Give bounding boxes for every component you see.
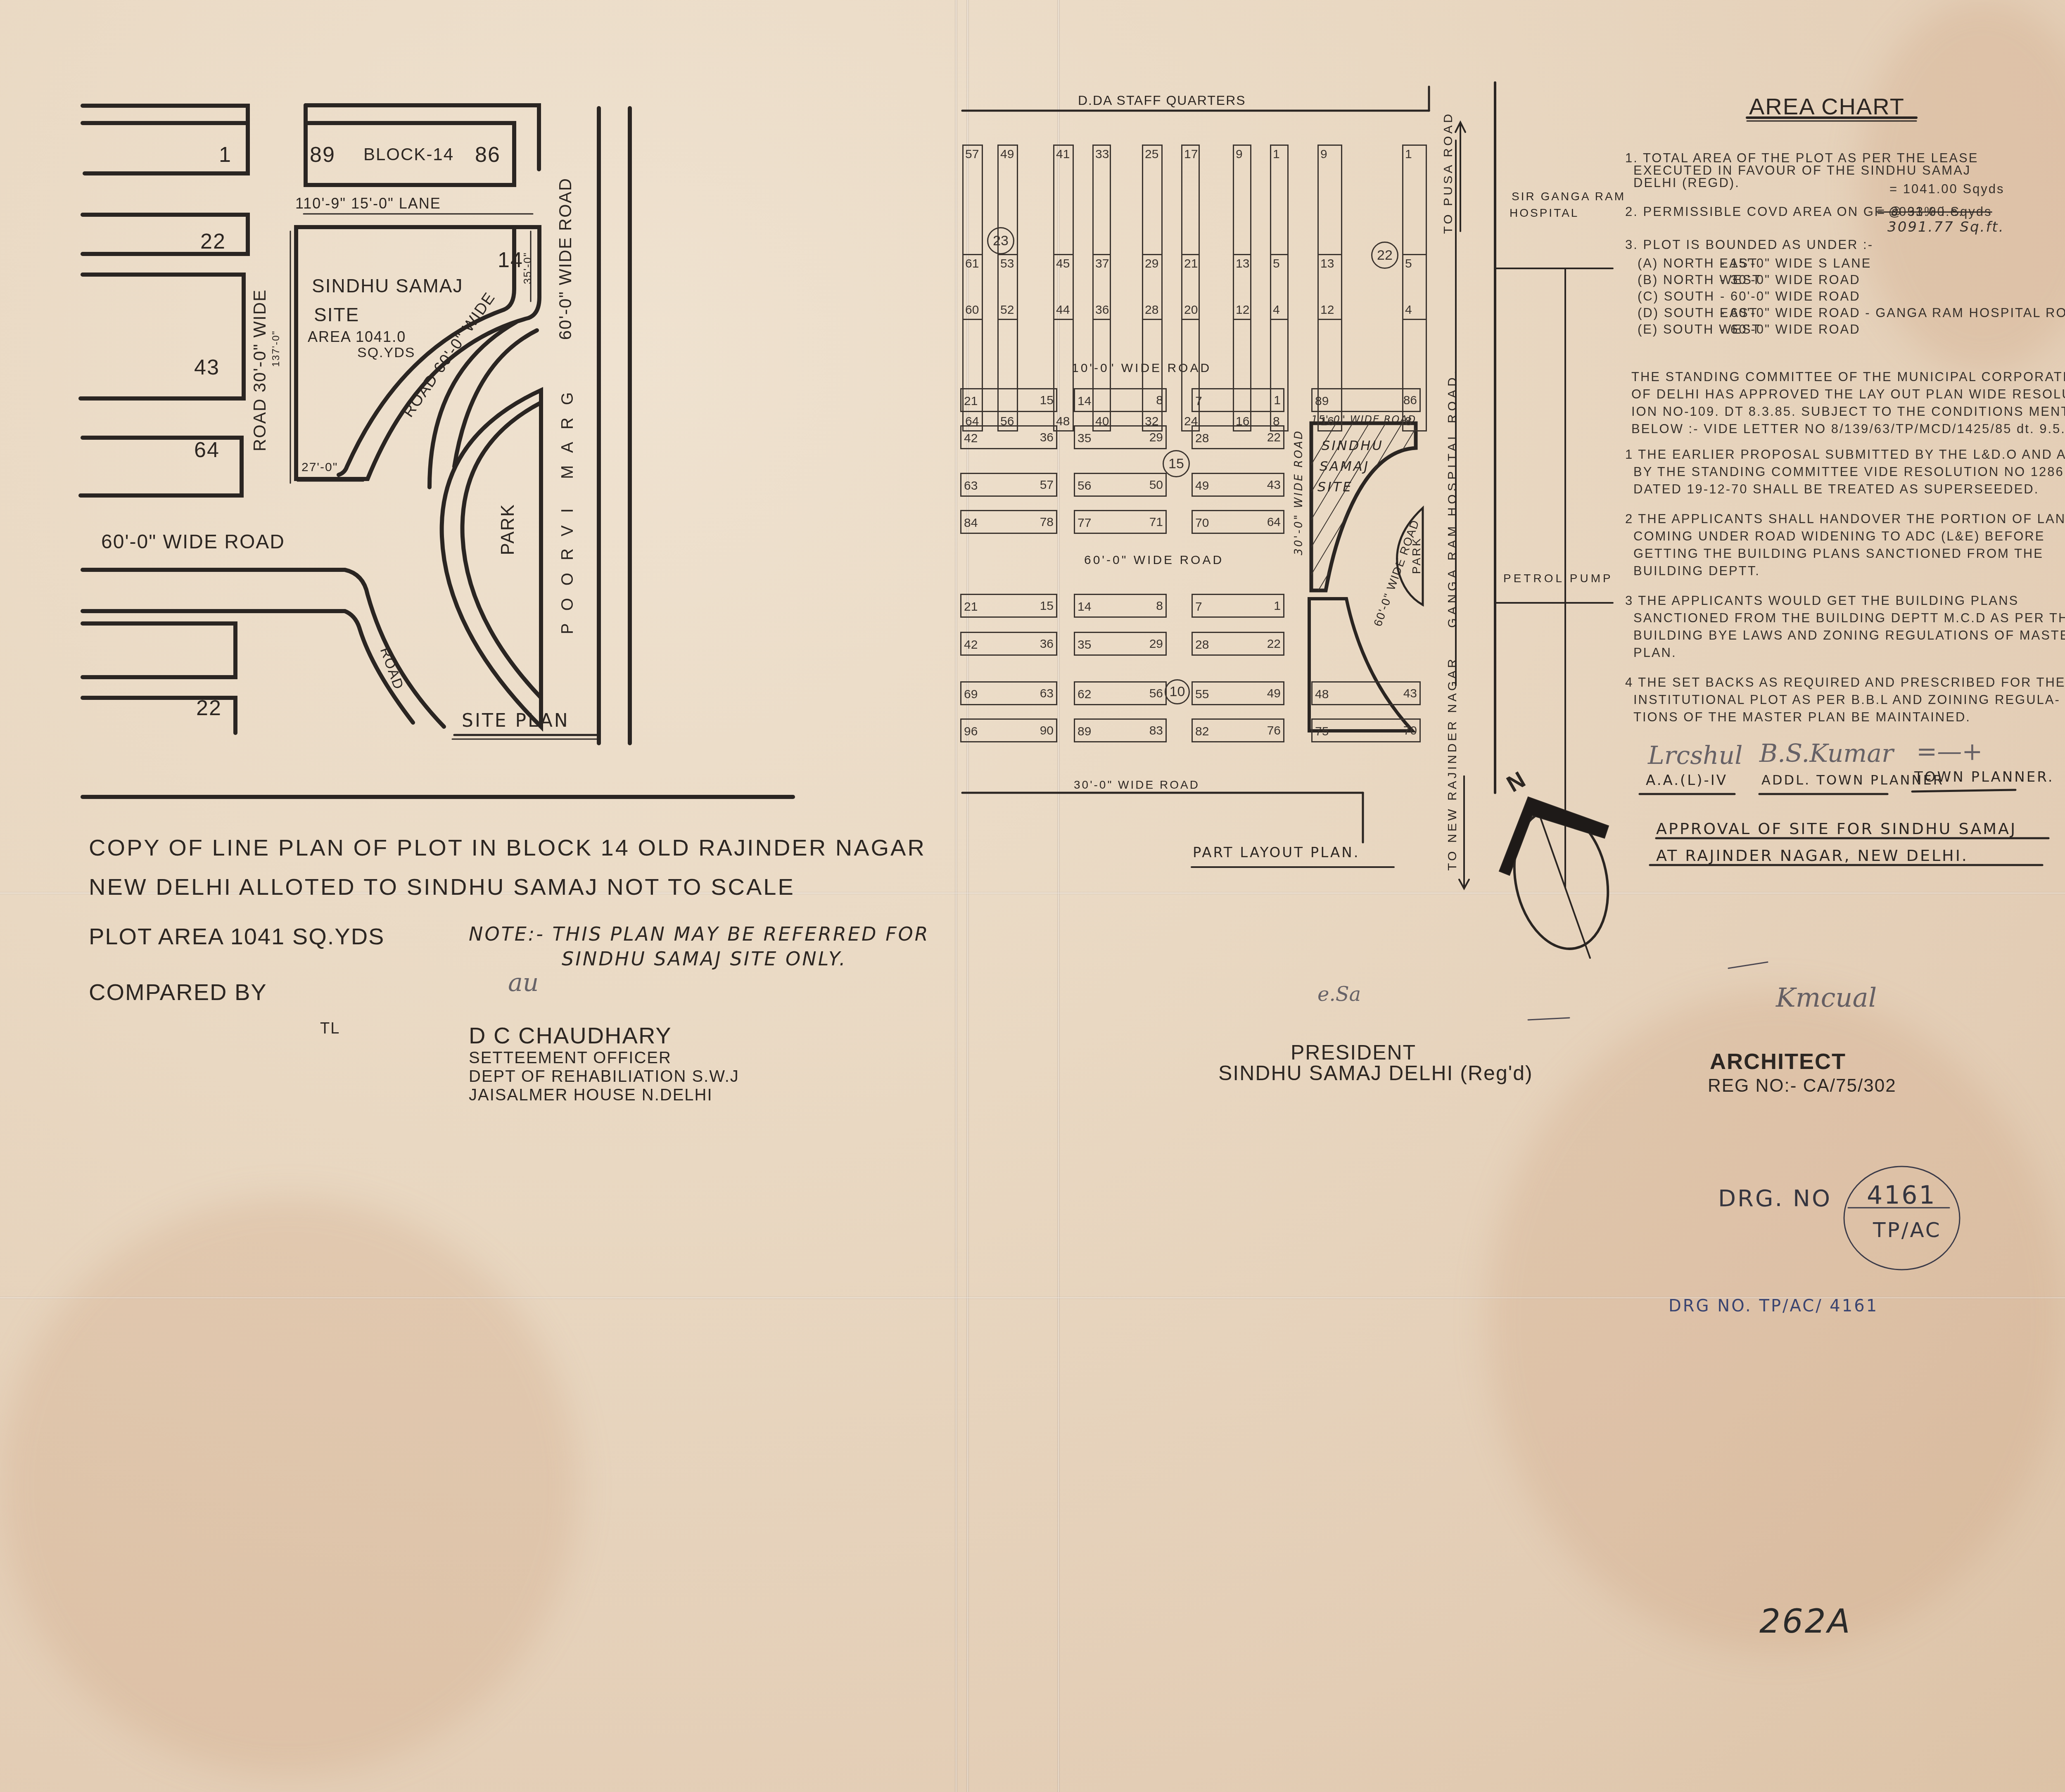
signatory-title: TOWN PLANNER.: [1914, 769, 2054, 785]
hospital-label: HOSPITAL: [1510, 206, 1579, 220]
plot: 5650: [1074, 473, 1167, 497]
plot-number: 75: [1315, 725, 1329, 739]
dim-bottom: 27'-0": [301, 460, 338, 474]
plot-number: 43: [1403, 687, 1417, 701]
signature-addl-town-planner: B.S.Kumar: [1759, 739, 1894, 768]
petrol-pump-label: PETROL PUMP: [1503, 572, 1613, 585]
plot: 8983: [1074, 718, 1167, 742]
plot: 148: [1074, 594, 1167, 618]
area-item1-value: = 1041.00 Sqyds: [1889, 182, 2005, 197]
plot-number: 77: [1078, 516, 1091, 530]
plot: 4236: [960, 425, 1057, 449]
plot-number: 33: [1095, 147, 1109, 161]
president-signature: e.Sa: [1317, 983, 1361, 1006]
boundary-side: (C) SOUTH: [1638, 289, 1715, 304]
area-chart-title: AREA CHART: [1749, 93, 1905, 120]
initials: TL: [320, 1020, 340, 1038]
site-number: 14: [498, 248, 523, 273]
plot-number: 45: [1056, 257, 1070, 271]
plot-number: 64: [194, 438, 220, 462]
plot-number: 22: [196, 696, 222, 721]
plot-number: 21: [1184, 257, 1198, 271]
plot-number: 49: [1195, 479, 1209, 493]
plot: 2822: [1192, 425, 1284, 449]
plot-number: 16: [1320, 415, 1334, 429]
plot-number: 21: [964, 600, 978, 614]
plot-number: 49: [1000, 147, 1014, 161]
plot-number: 15: [1040, 599, 1054, 613]
architect-signature: Kmcual: [1776, 983, 1877, 1013]
plot: 6357: [960, 473, 1057, 497]
signatory-title: A.A.(L)-IV: [1646, 772, 1728, 789]
plot-number: 43: [194, 355, 220, 380]
plot: 71: [1192, 388, 1284, 412]
block-plot-right: 86: [475, 142, 501, 167]
plot-number: 56: [1149, 687, 1163, 701]
boundary-desc: - 60'-0" WIDE ROAD - GANGA RAM HOSPITAL …: [1720, 306, 2065, 320]
to-new-rajinder: TO NEW RAJINDER NAGAR: [1445, 657, 1460, 871]
block-plot-left: 89: [310, 142, 335, 167]
sheet-id: 262A: [1759, 1602, 1851, 1640]
approval-title: AT RAJINDER NAGAR, NEW DELHI.: [1656, 846, 1968, 865]
plot-number: 9: [1236, 147, 1243, 161]
plot-number: 13: [1236, 257, 1249, 271]
condition-line: BUILDING BYE LAWS AND ZONING REGULATIONS…: [1633, 628, 2065, 643]
condition-line: INSTITUTIONAL PLOT AS PER B.B.L AND ZOIN…: [1633, 692, 2060, 707]
boundary-desc: - 30'-0" WIDE ROAD: [1720, 273, 1861, 287]
plot-number: 61: [965, 257, 979, 271]
road-right-label: 60'-0" WIDE ROAD: [555, 178, 575, 340]
dim-left: 137'-0": [271, 330, 282, 367]
officer-address: JAISALMER HOUSE N.DELHI: [469, 1086, 713, 1105]
plot-number: 36: [1040, 431, 1054, 445]
plot: 7570: [1311, 718, 1421, 742]
area-item2-value-corrected: 3091.77 Sq.ft.: [1887, 219, 2005, 235]
plot-number: 56: [1078, 479, 1091, 493]
condition-line: TIONS OF THE MASTER PLAN BE MAINTAINED.: [1633, 710, 1971, 725]
plot-number: 5: [1273, 257, 1280, 271]
condition-line: 2 THE APPLICANTS SHALL HANDOVER THE PORT…: [1625, 512, 2065, 526]
signature-aa: Lrcshul: [1648, 741, 1742, 770]
road-30-label: 30'-0" WIDE ROAD: [1074, 778, 1200, 792]
plot-number: 22: [1267, 431, 1281, 445]
plot-number: 29: [1145, 257, 1158, 271]
plot-number: 28: [1195, 638, 1209, 652]
marg-label: POORVI MARG: [558, 380, 577, 634]
site-label: SINDHU: [1322, 438, 1384, 453]
condition-line: COMING UNDER ROAD WIDENING TO ADC (L&E) …: [1633, 529, 2045, 544]
plot-number: 64: [1267, 515, 1281, 529]
plot-number: 96: [964, 725, 978, 739]
plot-number: 7: [1195, 394, 1202, 408]
boundary-desc: - 60'-0" WIDE ROAD: [1720, 289, 1861, 304]
plot-number: 9: [1320, 147, 1327, 161]
condition-line: PLAN.: [1633, 645, 1677, 660]
plot: 2822: [1192, 632, 1284, 656]
plot: 7771: [1074, 510, 1167, 534]
site-name: SINDHU SAMAJ: [312, 275, 463, 297]
road-60-label: 60'-0" WIDE ROAD: [1084, 553, 1224, 567]
plot: 3529: [1074, 632, 1167, 656]
dim-side: 35'-0": [521, 252, 534, 284]
boundary-desc: - 15'-0" WIDE S LANE: [1720, 256, 1871, 271]
plot-number: 22: [200, 229, 226, 254]
plot-number: 1: [1273, 147, 1280, 161]
plot: 8478: [960, 510, 1057, 534]
condition-line: SANCTIONED FROM THE BUILDING DEPTT M.C.D…: [1633, 611, 2065, 626]
signature-town-planner: =—+: [1916, 737, 1983, 766]
caption-line2: NEW DELHI ALLOTED TO SINDHU SAMAJ NOT TO…: [89, 873, 795, 900]
plot-number: 63: [1040, 687, 1054, 701]
plot-number: 13: [1320, 257, 1334, 271]
approval-paragraph-line: OF DELHI HAS APPROVED THE LAY OUT PLAN W…: [1631, 387, 2065, 402]
hospital-label: SIR GANGA RAM: [1512, 190, 1626, 203]
plot-number: 7: [1195, 600, 1202, 614]
plot-number: 49: [1267, 687, 1281, 701]
block-number-circle: 10: [1165, 679, 1190, 704]
plot: 71: [1192, 594, 1284, 618]
plot-number: 22: [1267, 637, 1281, 651]
block-number-circle: 23: [987, 227, 1014, 254]
plot-number: 62: [1078, 687, 1091, 702]
compared-by: COMPARED BY: [89, 979, 267, 1005]
approval-title: APPROVAL OF SITE FOR SINDHU SAMAJ: [1656, 820, 2017, 838]
plot-number: 70: [1403, 724, 1417, 738]
plot: 8986: [1311, 388, 1421, 412]
road-left-label: ROAD 30'-0" WIDE: [250, 289, 270, 451]
plot-number: 50: [1149, 478, 1163, 492]
plot-number: 42: [964, 431, 978, 446]
drg-sub: TP/AC: [1873, 1218, 1942, 1242]
condition-line: GETTING THE BUILDING PLANS SANCTIONED FR…: [1633, 546, 2044, 561]
plot-number: 1: [1274, 393, 1281, 408]
road-30-vertical: 30'-0" WIDE ROAD: [1293, 429, 1305, 555]
plot-number: 25: [1145, 147, 1158, 161]
drg-number: 4161: [1867, 1181, 1937, 1210]
plot-number: 29: [1149, 431, 1163, 445]
plot-number: 89: [1078, 725, 1091, 739]
site-label: SAMAJ: [1320, 458, 1370, 474]
officer-name: D C CHAUDHARY: [469, 1022, 672, 1049]
officer-dept: DEPT OF REHABILIATION S.W.J: [469, 1067, 739, 1086]
officer-title: SETTEEMENT OFFICER: [469, 1049, 672, 1067]
plot: 2115: [960, 388, 1057, 412]
plot-number: 90: [1040, 724, 1054, 738]
note-line1: NOTE:- THIS PLAN MAY BE REFERRED FOR: [469, 923, 930, 945]
plot-number: 17: [1184, 147, 1198, 161]
block-number-circle: 22: [1371, 242, 1398, 269]
plot: 4843: [1311, 681, 1421, 705]
note-line2: SINDHU SAMAJ SITE ONLY.: [562, 948, 847, 970]
condition-line: 4 THE SET BACKS AS REQUIRED AND PRESCRIB…: [1625, 675, 2065, 690]
park-label: PARK: [498, 504, 518, 555]
plot-number: 36: [1040, 637, 1054, 651]
condition-line: BUILDING DEPTT.: [1633, 564, 1760, 578]
plot-number: 1: [1274, 599, 1281, 613]
plot: 6963: [960, 681, 1057, 705]
plot: 3529: [1074, 425, 1167, 449]
plot-number: 70: [1195, 516, 1209, 530]
lane-label: 110'-9" 15'-0" LANE: [295, 195, 441, 212]
site-label: SITE: [1317, 479, 1353, 495]
hospital-road-label: GANGA RAM HOSPITAL ROAD.: [1445, 367, 1460, 628]
plot-number: 14: [1078, 394, 1091, 408]
plot-number: 43: [1267, 478, 1281, 492]
area-item1: DELHI (REGD).: [1633, 175, 1740, 190]
site-area: AREA 1041.0: [308, 328, 406, 346]
plot-area: PLOT AREA 1041 SQ.YDS: [89, 923, 385, 950]
plot-number: 53: [1000, 257, 1014, 271]
approval-paragraph-line: THE STANDING COMMITTEE OF THE MUNICIPAL …: [1631, 370, 2065, 384]
condition-line: 1 THE EARLIER PROPOSAL SUBMITTED BY THE …: [1625, 447, 2065, 462]
plot-number: 71: [1149, 515, 1163, 529]
block-number-circle: 15: [1163, 450, 1190, 477]
plot-number: 57: [1040, 478, 1054, 492]
plot-number: 63: [964, 479, 978, 493]
president-org: SINDHU SAMAJ DELHI (Reg'd): [1218, 1061, 1533, 1085]
plot: 5549: [1192, 681, 1284, 705]
plot-number: 37: [1095, 257, 1109, 271]
plot-number: 35: [1078, 431, 1091, 446]
plot-number: 35: [1078, 638, 1091, 652]
condition-line: 3 THE APPLICANTS WOULD GET THE BUILDING …: [1625, 593, 2019, 608]
plot-number: 82: [1195, 725, 1209, 739]
plot-number: 41: [1056, 147, 1070, 161]
plot: 7064: [1192, 510, 1284, 534]
plot-number: 8: [1156, 599, 1163, 613]
plot-number: 83: [1149, 724, 1163, 738]
plot-number: 5: [1405, 257, 1412, 271]
plot-number: 1: [219, 142, 232, 167]
caption-line1: COPY OF LINE PLAN OF PLOT IN BLOCK 14 OL…: [89, 834, 926, 861]
plot: 8276: [1192, 718, 1284, 742]
park-label: PARK: [1410, 537, 1423, 574]
plot-number: 86: [1403, 393, 1417, 408]
plot-number: 8: [1405, 415, 1412, 429]
road-bottom-label: 60'-0" WIDE ROAD: [101, 531, 285, 553]
plot-number: 57: [965, 147, 979, 161]
drg-line2: DRG NO. TP/AC/ 4161: [1669, 1297, 1878, 1316]
plot-number: 21: [964, 394, 978, 408]
plot: 6256: [1074, 681, 1167, 705]
plot-number: 1: [1405, 147, 1412, 161]
condition-line: DATED 19-12-70 SHALL BE TREATED AS SUPER…: [1633, 482, 2039, 497]
to-pusa-road: TO PUSA ROAD: [1441, 111, 1455, 234]
site-area: SQ.YDS: [357, 345, 415, 361]
plot: 2115: [960, 594, 1057, 618]
plot-number: 48: [1056, 415, 1070, 429]
plot-number: 14: [1078, 600, 1091, 614]
area-item2-value-struck: = 3091.00 Sqyds: [1877, 204, 1992, 219]
site-name: SITE: [314, 303, 359, 326]
plot-number: 76: [1267, 724, 1281, 738]
architect-reg: REG NO:- CA/75/302: [1708, 1076, 1896, 1096]
plot: 4943: [1192, 473, 1284, 497]
plot: 148: [1074, 388, 1167, 412]
condition-line: BY THE STANDING COMMITTEE VIDE RESOLUTIO…: [1633, 465, 2064, 479]
area-item3: 3. PLOT IS BOUNDED AS UNDER :-: [1625, 237, 1873, 252]
plot-number: 48: [1315, 687, 1329, 702]
approval-paragraph-line: ION NO-109. DT 8.3.85. SUBJECT TO THE CO…: [1631, 404, 2065, 419]
compared-by-signature: au: [508, 968, 539, 997]
plot-number: 29: [1149, 637, 1163, 651]
plot-number: 69: [964, 687, 978, 702]
plot-number: 84: [964, 516, 978, 530]
plot-number: 28: [1195, 431, 1209, 446]
drg-label: DRG. NO: [1718, 1185, 1832, 1212]
layout-plan-title: PART LAYOUT PLAN.: [1193, 844, 1360, 861]
architect-title: ARCHITECT: [1710, 1049, 1846, 1074]
block-label: BLOCK-14: [363, 145, 454, 164]
plot-number: 42: [964, 638, 978, 652]
boundary-desc: - 60'-0" WIDE ROAD: [1720, 322, 1861, 337]
plot-number: 15: [1040, 393, 1054, 408]
plot: 9690: [960, 718, 1057, 742]
dda-label: D.DA STAFF QUARTERS: [1078, 93, 1246, 108]
approval-paragraph-line: BELOW :- VIDE LETTER NO 8/139/63/TP/MCD/…: [1631, 422, 2065, 436]
plot-number: 55: [1195, 687, 1209, 702]
plot-number: 78: [1040, 515, 1054, 529]
plot-number: 89: [1315, 394, 1329, 408]
plot-number: 8: [1156, 393, 1163, 408]
plot: 4236: [960, 632, 1057, 656]
site-plan-title: SITE PLAN: [462, 710, 570, 731]
